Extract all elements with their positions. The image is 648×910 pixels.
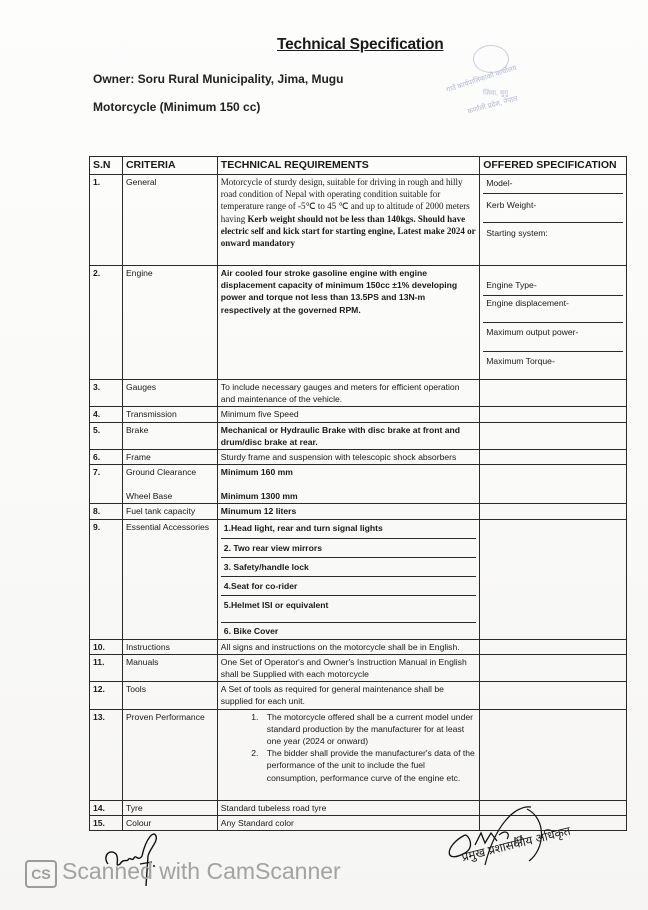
- accessory-item: 1.Head light, rear and turn signal light…: [221, 521, 476, 538]
- criteria-ground-clearance: Ground Clearance: [126, 466, 214, 490]
- row-criteria: Ground Clearance Wheel Base: [122, 465, 217, 504]
- row-requirement: One Set of Operator's and Owner's Instru…: [217, 654, 479, 681]
- requirement-wheel-base: Minimum 1300 mm: [221, 490, 476, 502]
- table-row: 10. Instructions All signs and instructi…: [90, 639, 627, 654]
- row-criteria: Fuel tank capacity: [122, 504, 217, 519]
- official-stamp: गाउँ कार्यपालिकाको कार्यालय जिमा, मुगु क…: [445, 45, 555, 125]
- row-sn: 7.: [90, 465, 123, 504]
- table-row: 2. Engine Air cooled four stroke gasolin…: [90, 266, 627, 380]
- requirement-ground-clearance: Minimum 160 mm: [221, 466, 476, 490]
- requirement-text-bold: Kerb weight should not be less than 140k…: [221, 214, 476, 248]
- table-header-row: S.N CRITERIA TECHNICAL REQUIREMENTS OFFE…: [90, 157, 627, 175]
- row-offered[interactable]: [480, 450, 627, 465]
- row-criteria: Frame: [122, 450, 217, 465]
- table-row: 7. Ground Clearance Wheel Base Minimum 1…: [90, 465, 627, 504]
- row-requirement: Sturdy frame and suspension with telesco…: [217, 450, 479, 465]
- row-criteria: Tools: [122, 682, 217, 709]
- row-criteria: Engine: [122, 266, 217, 380]
- offered-field-starting-system[interactable]: Starting system:: [483, 222, 623, 264]
- row-offered: Engine Type- Engine displacement- Maximu…: [480, 266, 627, 380]
- specification-table: S.N CRITERIA TECHNICAL REQUIREMENTS OFFE…: [89, 156, 627, 831]
- row-sn: 10.: [90, 639, 123, 654]
- row-criteria: Instructions: [122, 639, 217, 654]
- table-row: 4. Transmission Minimum five Speed: [90, 407, 627, 422]
- table-row: 9. Essential Accessories 1.Head light, r…: [90, 519, 627, 639]
- accessory-item: 2. Two rear view mirrors: [221, 538, 476, 557]
- header-technical-requirements: TECHNICAL REQUIREMENTS: [217, 157, 479, 175]
- row-offered[interactable]: [480, 380, 627, 407]
- row-requirement: To include necessary gauges and meters f…: [217, 380, 479, 407]
- row-sn: 13.: [90, 709, 123, 800]
- row-criteria: Essential Accessories: [122, 519, 217, 639]
- row-requirement: Minumum 12 liters: [217, 504, 479, 519]
- table-row: 8. Fuel tank capacity Minumum 12 liters: [90, 504, 627, 519]
- row-sn: 2.: [90, 266, 123, 380]
- row-sn: 4.: [90, 407, 123, 422]
- row-criteria: Proven Performance: [122, 709, 217, 800]
- row-criteria: Manuals: [122, 654, 217, 681]
- performance-list: The motorcycle offered shall be a curren…: [221, 711, 476, 784]
- row-requirement: Mechanical or Hydraulic Brake with disc …: [217, 422, 479, 449]
- table-row: 5. Brake Mechanical or Hydraulic Brake w…: [90, 422, 627, 449]
- row-offered[interactable]: [480, 519, 627, 639]
- criteria-wheel-base: Wheel Base: [126, 490, 214, 502]
- table-row: 6. Frame Sturdy frame and suspension wit…: [90, 450, 627, 465]
- subject-line: Motorcycle (Minimum 150 cc): [93, 100, 260, 114]
- performance-point: The bidder shall provide the manufacture…: [261, 747, 476, 784]
- accessory-item: 3. Safety/handle lock: [221, 557, 476, 576]
- row-offered: Model- Kerb Weight- Starting system:: [480, 175, 627, 266]
- row-criteria: Brake: [122, 422, 217, 449]
- offered-field-max-torque[interactable]: Maximum Torque-: [483, 351, 623, 378]
- row-sn: 3.: [90, 380, 123, 407]
- row-requirement: Minimum five Speed: [217, 407, 479, 422]
- row-sn: 1.: [90, 175, 123, 266]
- owner-line: Owner: Soru Rural Municipality, Jima, Mu…: [93, 72, 343, 86]
- row-sn: 14.: [90, 800, 123, 815]
- row-sn: 12.: [90, 682, 123, 709]
- accessory-item: 6. Bike Cover: [221, 622, 476, 638]
- table-row: 3. Gauges To include necessary gauges an…: [90, 380, 627, 407]
- camscanner-logo-icon: CS: [25, 860, 57, 888]
- header-criteria: CRITERIA: [122, 157, 217, 175]
- table-row: 13. Proven Performance The motorcycle of…: [90, 709, 627, 800]
- row-requirement: Minimum 160 mm Minimum 1300 mm: [217, 465, 479, 504]
- row-sn: 6.: [90, 450, 123, 465]
- row-offered[interactable]: [480, 504, 627, 519]
- row-sn: 11.: [90, 654, 123, 681]
- offered-field-engine-type[interactable]: Engine Type-: [483, 267, 623, 295]
- row-requirement: Motorcycle of sturdy design, suitable fo…: [217, 175, 479, 266]
- scanned-page: Technical Specification Owner: Soru Rura…: [0, 0, 648, 910]
- accessory-item: 4.Seat for co-rider: [221, 576, 476, 595]
- table-row: 1. General Motorcycle of sturdy design, …: [90, 175, 627, 266]
- row-offered[interactable]: [480, 654, 627, 681]
- row-offered[interactable]: [480, 422, 627, 449]
- offered-field-kerb-weight[interactable]: Kerb Weight-: [483, 193, 623, 222]
- row-requirement: All signs and instructions on the motorc…: [217, 639, 479, 654]
- table-row: 12. Tools A Set of tools as required for…: [90, 682, 627, 709]
- performance-point: The motorcycle offered shall be a curren…: [261, 711, 476, 748]
- row-offered[interactable]: [480, 465, 627, 504]
- row-offered[interactable]: [480, 639, 627, 654]
- accessory-item: 5.Helmet ISI or equivalent: [221, 595, 476, 622]
- row-requirement: 1.Head light, rear and turn signal light…: [217, 519, 479, 639]
- offered-field-engine-displacement[interactable]: Engine displacement-: [483, 295, 623, 322]
- row-sn: 5.: [90, 422, 123, 449]
- row-criteria: Transmission: [122, 407, 217, 422]
- row-criteria: Tyre: [122, 800, 217, 815]
- row-offered[interactable]: [480, 407, 627, 422]
- header-offered-specification: OFFERED SPECIFICATION: [480, 157, 627, 175]
- row-criteria: General: [122, 175, 217, 266]
- row-offered[interactable]: [480, 682, 627, 709]
- row-requirement: The motorcycle offered shall be a curren…: [217, 709, 479, 800]
- row-requirement: Air cooled four stroke gasoline engine w…: [217, 266, 479, 380]
- row-offered[interactable]: [480, 709, 627, 800]
- row-sn: 9.: [90, 519, 123, 639]
- offered-field-model[interactable]: Model-: [483, 176, 623, 193]
- document-title: Technical Specification: [277, 36, 444, 54]
- header-sn: S.N: [90, 157, 123, 175]
- camscanner-watermark: Scanned with CamScanner: [62, 858, 341, 885]
- table-row: 11. Manuals One Set of Operator's and Ow…: [90, 654, 627, 681]
- row-requirement: A Set of tools as required for general m…: [217, 682, 479, 709]
- row-criteria: Gauges: [122, 380, 217, 407]
- offered-field-max-power[interactable]: Maximum output power-: [483, 322, 623, 351]
- row-sn: 8.: [90, 504, 123, 519]
